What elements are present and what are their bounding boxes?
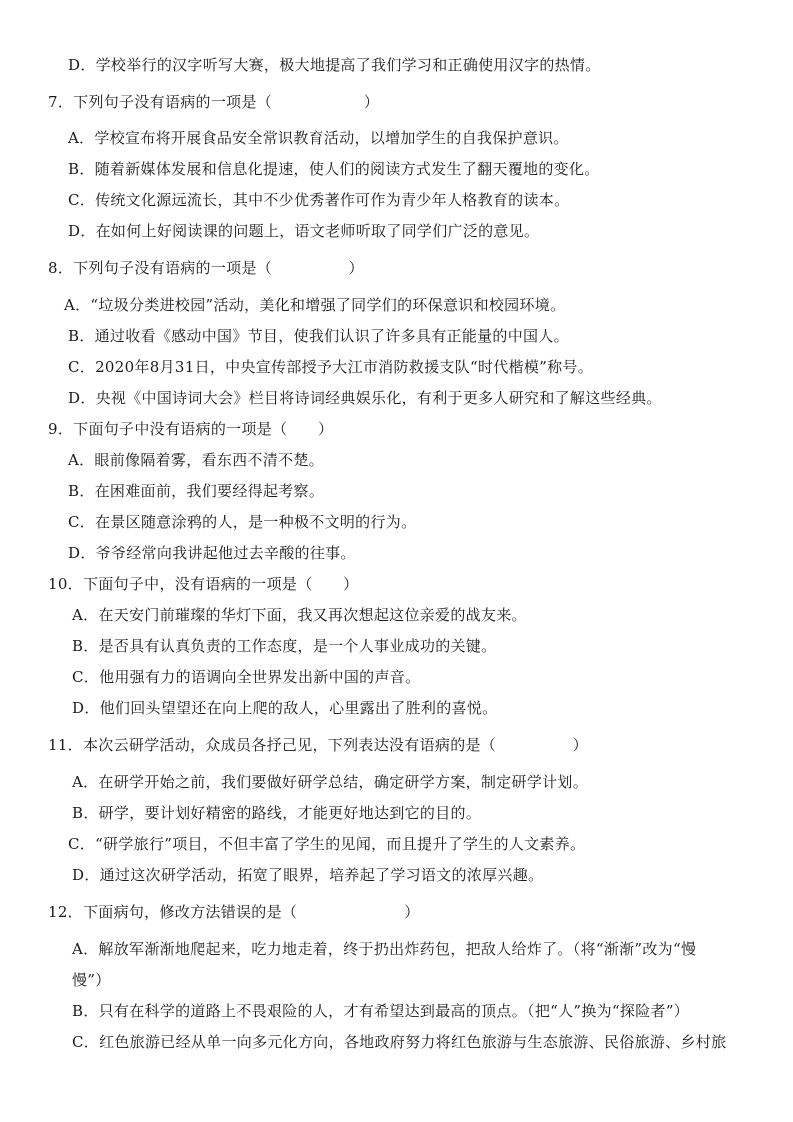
q12-option-c: C．红色旅游已经从单一向多元化方向，各地政府努力将红色旅游与生态旅游、民俗旅游、…: [72, 1032, 726, 1052]
q10-option-c: C．他用强有力的语调向全世界发出新中国的声音。: [72, 667, 420, 687]
question-8: 8．下列句子没有语病的一项是（ ）: [48, 258, 364, 278]
q6-option-d: D．学校举行的汉字听写大赛，极大地提高了我们学习和正确使用汉字的热情。: [68, 55, 601, 75]
q11-option-a: A．在研学开始之前，我们要做好研学总结，确定研学方案，制定研学计划。: [72, 772, 588, 792]
q11-option-b: B．研学，要计划好精密的路线，才能更好地达到它的目的。: [72, 803, 481, 823]
q7-option-b: B．随着新媒体发展和信息化提速，使人们的阅读方式发生了翻天覆地的变化。: [68, 159, 600, 179]
q12-option-a: A．解放军渐渐地爬起来，吃力地走着，终于扔出炸药包，把敌人给炸了。（将“渐渐”改…: [72, 939, 696, 959]
q10-option-d: D．他们回头望望还在向上爬的敌人，心里露出了胜利的喜悦。: [72, 698, 497, 718]
q8-option-a: A．“垃圾分类进校园”活动，美化和增强了同学们的环保意识和校园环境。: [64, 295, 565, 315]
question-12: 12．下面病句，修改方法错误的是（ ）: [48, 902, 420, 922]
q10-option-b: B．是否具有认真负责的工作态度，是一个人事业成功的关键。: [72, 636, 496, 656]
q7-option-a: A．学校宣布将开展食品安全常识教育活动，以增加学生的自我保护意识。: [68, 128, 569, 148]
q11-option-c: C．“研学旅行”项目，不但丰富了学生的见闻，而且提升了学生的人文素养。: [68, 834, 585, 854]
question-10: 10．下面句子中，没有语病的一项是（ ）: [48, 574, 358, 594]
q7-option-d: D．在如何上好阅读课的问题上，语文老师听取了同学们广泛的意见。: [68, 221, 539, 241]
q9-option-b: B．在困难面前，我们要经得起考察。: [68, 481, 324, 501]
question-9: 9．下面句子中没有语病的一项是（ ）: [48, 419, 333, 439]
q12-option-b: B．只有在科学的道路上不畏艰险的人，才有希望达到最高的顶点。（把“人”换为“探险…: [72, 1001, 689, 1021]
q10-option-a: A．在天安门前璀璨的华灯下面，我又再次想起这位亲爱的战友来。: [72, 605, 527, 625]
q8-option-d: D．央视《中国诗词大会》栏目将诗词经典娱乐化，有利于更多人研究和了解这些经典。: [68, 388, 662, 408]
q9-option-a: A．眼前像隔着雾，看东西不清不楚。: [68, 450, 324, 470]
question-11: 11．本次云研学活动，众成员各抒己见，下列表达没有语病的是（ ）: [48, 735, 588, 755]
q7-option-c: C．传统文化源远流长，其中不少优秀著作可作为青少年人格教育的读本。: [68, 190, 569, 210]
q11-option-d: D．通过这次研学活动，拓宽了眼界，培养起了学习语文的浓厚兴趣。: [72, 865, 543, 885]
q9-option-d: D．爷爷经常向我讲起他过去辛酸的往事。: [68, 543, 356, 563]
q9-option-c: C．在景区随意涂鸦的人，是一种极不文明的行为。: [68, 512, 416, 532]
q8-option-b: B．通过收看《感动中国》节目，使我们认识了许多具有正能量的中国人。: [68, 326, 569, 346]
question-7: 7．下列句子没有语病的一项是（ ）: [48, 92, 379, 112]
q8-option-c: C．2020年8月31日，中央宣传部授予大江市消防救援支队“时代楷模”称号。: [68, 357, 593, 377]
q12-option-a-continuation: 慢”）: [72, 970, 111, 990]
